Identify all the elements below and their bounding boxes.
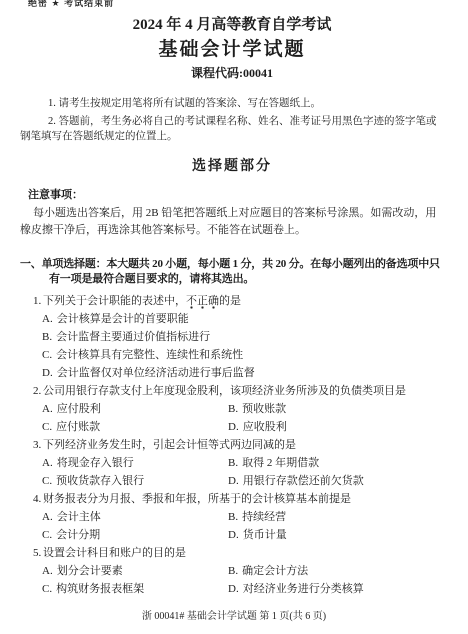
option-c: C.会计核算具有完整性、连续性和系统性 xyxy=(42,346,444,364)
part-one-heading: 一、单项选择题：本大题共 20 小题，每小题 1 分，共 20 分。在每小题列出… xyxy=(20,257,444,287)
option-letter: C. xyxy=(42,346,52,364)
option-b: B.确定会计方法 xyxy=(228,562,444,580)
option-text: 会计分期 xyxy=(56,526,100,544)
option-text: 预收账款 xyxy=(242,400,286,418)
option-b: B.预收账款 xyxy=(228,400,444,418)
option-letter: C. xyxy=(42,472,52,490)
option-letter: C. xyxy=(42,580,52,598)
question-2: 2. 公司用银行存款支付上年度现金股利，该项经济业务所涉及的负债类项目是 A.应… xyxy=(20,382,444,436)
option-letter: C. xyxy=(42,526,52,544)
option-a: A.将现金存入银行 xyxy=(42,454,228,472)
multiple-choice-questions: 1. 下列关于会计职能的表述中，不正确的是 A.会计核算是会计的首要职能 B.会… xyxy=(20,292,444,598)
instruction-item-2: 2. 答题前，考生务必将自己的考试课程名称、姓名、准考证号用黑色字迹的签字笔或钢… xyxy=(20,114,444,144)
question-stem: 1. 下列关于会计职能的表述中，不正确的是 xyxy=(33,292,444,310)
question-number: 1. xyxy=(33,292,43,310)
notice-label: 注意事项： xyxy=(28,188,444,202)
option-text: 会计核算是会计的首要职能 xyxy=(57,310,189,328)
option-text: 划分会计要素 xyxy=(57,562,123,580)
paper-title: 基础会计学试题 xyxy=(20,38,444,62)
option-text: 会计监督主要通过价值指标进行 xyxy=(56,328,210,346)
option-list: A.将现金存入银行 B.取得 2 年期借款 C.预收货款存入银行 D.用银行存款… xyxy=(42,454,444,490)
security-marking: 绝密 ★ 考试结束前 xyxy=(28,0,444,9)
option-b: B.取得 2 年期借款 xyxy=(228,454,444,472)
option-a: A.会计核算是会计的首要职能 xyxy=(42,310,444,328)
option-letter: A. xyxy=(42,310,53,328)
option-text: 货币计量 xyxy=(243,526,287,544)
option-letter: D. xyxy=(228,472,239,490)
option-letter: A. xyxy=(42,454,53,472)
option-letter: A. xyxy=(42,508,53,526)
option-list: A.应付股利 B.预收账款 C.应付账款 D.应收股利 xyxy=(42,400,444,436)
question-text: 下列经济业务发生时，引起会计恒等式两边同减的是 xyxy=(43,436,296,454)
option-d: D.货币计量 xyxy=(228,526,444,544)
question-stem: 2. 公司用银行存款支付上年度现金股利，该项经济业务所涉及的负债类项目是 xyxy=(33,382,444,400)
question-text: 下列关于会计职能的表述中，不正确的是 xyxy=(43,292,241,310)
question-number: 5. xyxy=(33,544,43,562)
option-text: 应收股利 xyxy=(243,418,287,436)
option-text: 确定会计方法 xyxy=(242,562,308,580)
option-text: 预收货款存入银行 xyxy=(56,472,144,490)
stem-text: 的是 xyxy=(219,295,241,307)
option-letter: B. xyxy=(42,328,52,346)
option-letter: B. xyxy=(228,400,238,418)
question-stem: 3. 下列经济业务发生时，引起会计恒等式两边同减的是 xyxy=(33,436,444,454)
page-footer: 浙 00041# 基础会计学试题 第 1 页(共 6 页) xyxy=(0,610,468,623)
question-stem: 5. 设置会计科目和账户的目的是 xyxy=(33,544,444,562)
stem-text: 下列关于会计职能的表述中， xyxy=(43,295,186,307)
option-letter: C. xyxy=(42,418,52,436)
option-letter: B. xyxy=(228,508,238,526)
question-text: 公司用银行存款支付上年度现金股利，该项经济业务所涉及的负债类项目是 xyxy=(43,382,406,400)
option-list: A.会计主体 B.持续经营 C.会计分期 D.货币计量 xyxy=(42,508,444,544)
option-a: A.划分会计要素 xyxy=(42,562,228,580)
option-text: 构筑财务报表框架 xyxy=(56,580,144,598)
option-letter: D. xyxy=(228,580,239,598)
question-3: 3. 下列经济业务发生时，引起会计恒等式两边同减的是 A.将现金存入银行 B.取… xyxy=(20,436,444,490)
option-text: 用银行存款偿还前欠货款 xyxy=(243,472,364,490)
option-c: C.构筑财务报表框架 xyxy=(42,580,228,598)
question-5: 5. 设置会计科目和账户的目的是 A.划分会计要素 B.确定会计方法 C.构筑财… xyxy=(20,544,444,598)
option-text: 会计监督仅对单位经济活动进行事后监督 xyxy=(57,364,255,382)
option-letter: D. xyxy=(228,526,239,544)
option-d: D.会计监督仅对单位经济活动进行事后监督 xyxy=(42,364,444,382)
instruction-item-1: 1. 请考生按规定用笔将所有试题的答案涂、写在答题纸上。 xyxy=(20,96,444,111)
option-c: C.会计分期 xyxy=(42,526,228,544)
option-text: 会计核算具有完整性、连续性和系统性 xyxy=(56,346,243,364)
option-b: B.持续经营 xyxy=(228,508,444,526)
option-text: 会计主体 xyxy=(57,508,101,526)
section-title: 选择题部分 xyxy=(20,155,444,175)
exam-paper-page: 绝密 ★ 考试结束前 2024 年 4 月高等教育自学考试 基础会计学试题 课程… xyxy=(0,0,468,634)
option-text: 应付账款 xyxy=(56,418,100,436)
option-c: C.预收货款存入银行 xyxy=(42,472,228,490)
question-number: 2. xyxy=(33,382,43,400)
candidate-instructions: 1. 请考生按规定用笔将所有试题的答案涂、写在答题纸上。 2. 答题前，考生务必… xyxy=(20,96,444,144)
option-letter: B. xyxy=(228,454,238,472)
option-text: 将现金存入银行 xyxy=(57,454,134,472)
question-number: 3. xyxy=(33,436,43,454)
option-d: D.应收股利 xyxy=(228,418,444,436)
option-text: 应付股利 xyxy=(57,400,101,418)
option-letter: A. xyxy=(42,562,53,580)
option-letter: D. xyxy=(228,418,239,436)
option-b: B.会计监督主要通过价值指标进行 xyxy=(42,328,444,346)
option-c: C.应付账款 xyxy=(42,418,228,436)
question-number: 4. xyxy=(33,490,43,508)
option-d: D.对经济业务进行分类核算 xyxy=(228,580,444,598)
option-list: A.会计核算是会计的首要职能 B.会计监督主要通过价值指标进行 C.会计核算具有… xyxy=(42,310,444,382)
notice-paragraph: 每小题选出答案后，用 2B 铅笔把答题纸上对应题目的答案标号涂黑。如需改动，用橡… xyxy=(20,205,444,239)
option-list: A.划分会计要素 B.确定会计方法 C.构筑财务报表框架 D.对经济业务进行分类… xyxy=(42,562,444,598)
option-text: 持续经营 xyxy=(242,508,286,526)
question-text: 设置会计科目和账户的目的是 xyxy=(43,544,186,562)
question-text: 财务报表分为月报、季报和年报，所基于的会计核算基本前提是 xyxy=(43,490,351,508)
option-text: 取得 2 年期借款 xyxy=(242,454,319,472)
option-d: D.用银行存款偿还前欠货款 xyxy=(228,472,444,490)
option-a: A.应付股利 xyxy=(42,400,228,418)
option-letter: A. xyxy=(42,400,53,418)
stem-emphasized-text: 不正确 xyxy=(186,295,219,309)
option-a: A.会计主体 xyxy=(42,508,228,526)
option-letter: D. xyxy=(42,364,53,382)
exam-session-title: 2024 年 4 月高等教育自学考试 xyxy=(20,15,444,35)
course-code: 课程代码:00041 xyxy=(20,65,444,81)
question-4: 4. 财务报表分为月报、季报和年报，所基于的会计核算基本前提是 A.会计主体 B… xyxy=(20,490,444,544)
option-letter: B. xyxy=(228,562,238,580)
option-text: 对经济业务进行分类核算 xyxy=(243,580,364,598)
question-1: 1. 下列关于会计职能的表述中，不正确的是 A.会计核算是会计的首要职能 B.会… xyxy=(20,292,444,382)
question-stem: 4. 财务报表分为月报、季报和年报，所基于的会计核算基本前提是 xyxy=(33,490,444,508)
